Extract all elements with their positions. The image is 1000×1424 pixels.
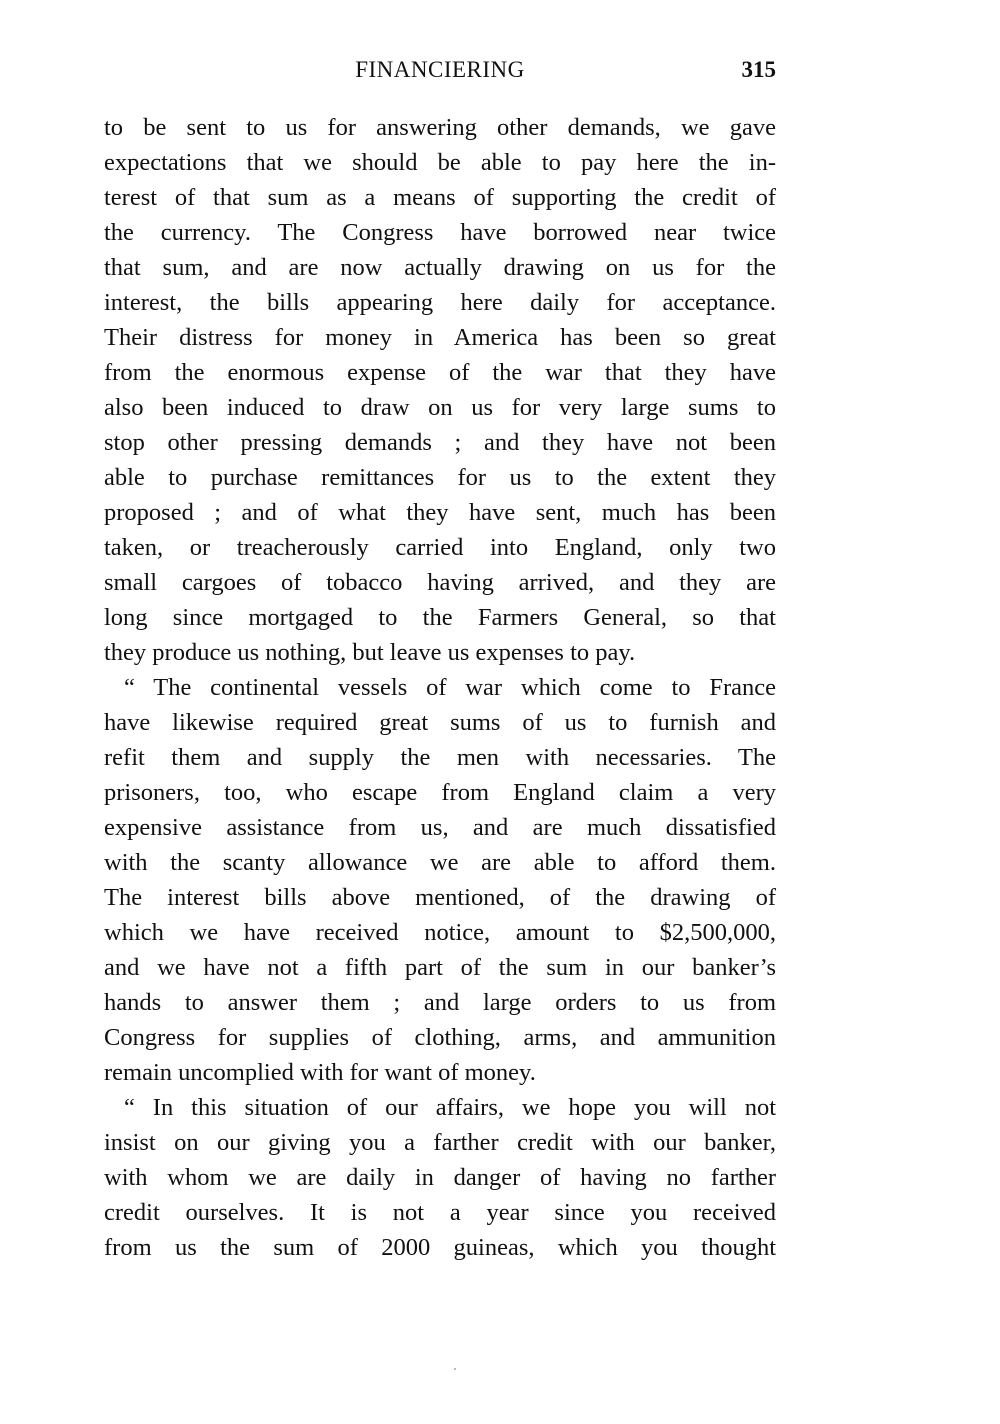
text-line: with the scanty allowance we are able to… (104, 845, 776, 880)
page-number: 315 (742, 57, 777, 83)
text-line: remain uncomplied with for want of money… (104, 1055, 776, 1090)
text-line: stop other pressing demands ; and they h… (104, 425, 776, 460)
text-line: refit them and supply the men with neces… (104, 740, 776, 775)
paragraph-3: “ In this situation of our affairs, we h… (104, 1090, 776, 1265)
text-line: The interest bills above mentioned, of t… (104, 880, 776, 915)
body-text: to be sent to us for answering other dem… (104, 110, 776, 1265)
running-head: FINANCIERING 315 (104, 57, 776, 87)
text-line: from us the sum of 2000 guineas, which y… (104, 1230, 776, 1265)
text-line: terest of that sum as a means of support… (104, 180, 776, 215)
text-line: also been induced to draw on us for very… (104, 390, 776, 425)
text-line: with whom we are daily in danger of havi… (104, 1160, 776, 1195)
text-line: credit ourselves. It is not a year since… (104, 1195, 776, 1230)
text-line: interest, the bills appearing here daily… (104, 285, 776, 320)
text-line: have likewise required great sums of us … (104, 705, 776, 740)
text-line: the currency. The Congress have borrowed… (104, 215, 776, 250)
text-line: small cargoes of tobacco having arrived,… (104, 565, 776, 600)
text-line: and we have not a fifth part of the sum … (104, 950, 776, 985)
text-line: prisoners, too, who escape from England … (104, 775, 776, 810)
text-line: “ In this situation of our affairs, we h… (104, 1090, 776, 1125)
text-line: taken, or treacherously carried into Eng… (104, 530, 776, 565)
text-line: long since mortgaged to the Farmers Gene… (104, 600, 776, 635)
text-line: from the enormous expense of the war tha… (104, 355, 776, 390)
paragraph-2: “ The continental vessels of war which c… (104, 670, 776, 1090)
text-line: proposed ; and of what they have sent, m… (104, 495, 776, 530)
text-line: they produce us nothing, but leave us ex… (104, 635, 776, 670)
text-line: able to purchase remittances for us to t… (104, 460, 776, 495)
text-line: Their distress for money in America has … (104, 320, 776, 355)
text-line: hands to answer them ; and large orders … (104, 985, 776, 1020)
paragraph-1: to be sent to us for answering other dem… (104, 110, 776, 670)
running-title: FINANCIERING (104, 57, 776, 83)
text-line: “ The continental vessels of war which c… (104, 670, 776, 705)
text-line: Congress for supplies of clothing, arms,… (104, 1020, 776, 1055)
text-line: that sum, and are now actually drawing o… (104, 250, 776, 285)
text-line: expectations that we should be able to p… (104, 145, 776, 180)
text-line: which we have received notice, amount to… (104, 915, 776, 950)
text-line: insist on our giving you a farther credi… (104, 1125, 776, 1160)
book-page: FINANCIERING 315 to be sent to us for an… (0, 0, 1000, 1424)
text-line: expensive assistance from us, and are mu… (104, 810, 776, 845)
scan-speck (454, 1368, 456, 1370)
text-line: to be sent to us for answering other dem… (104, 110, 776, 145)
